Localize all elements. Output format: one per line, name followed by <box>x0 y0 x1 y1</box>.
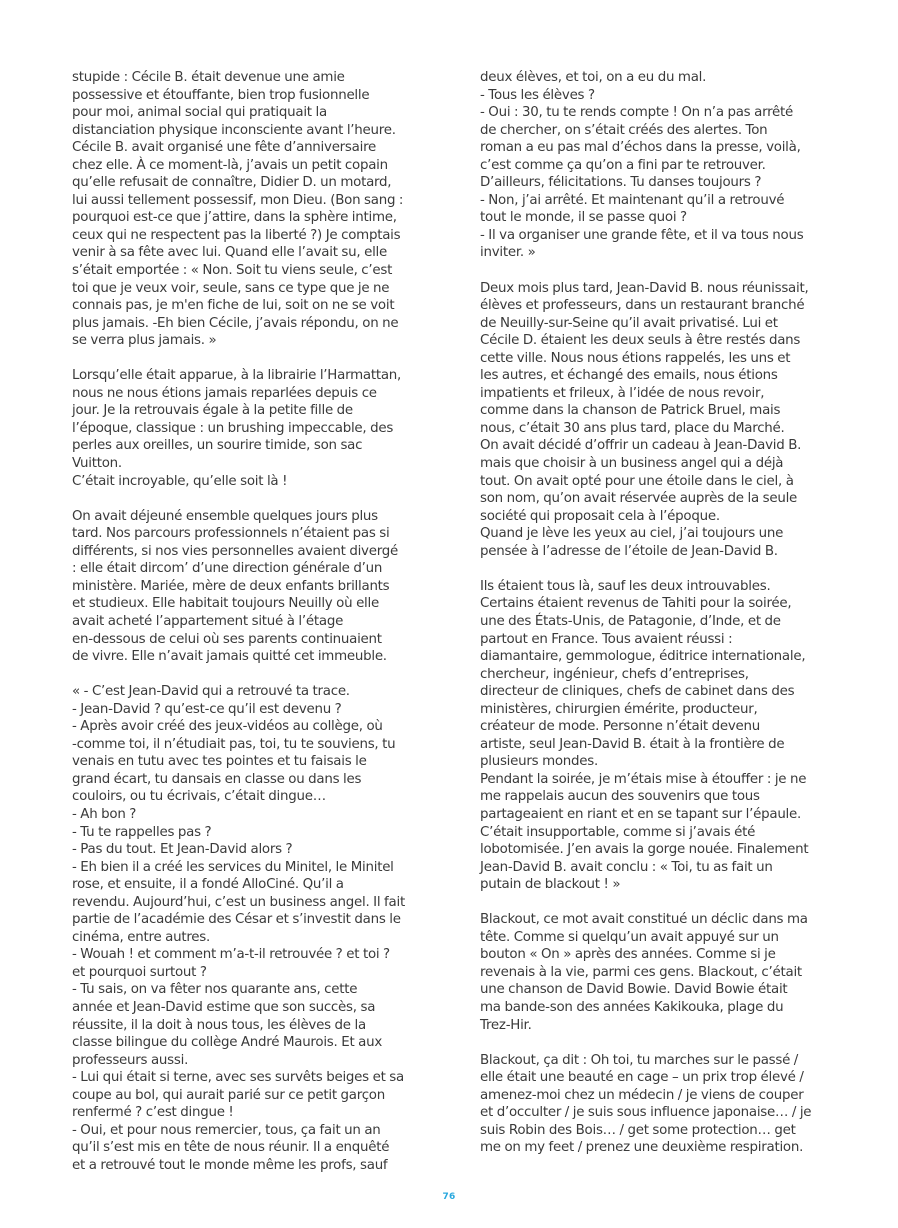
text-line: - Non, j’ai arrêté. Et maintenant qu’il … <box>480 192 832 210</box>
text-line: C’était incroyable, qu’elle soit là ! <box>72 473 424 491</box>
text-line: ministère. Mariée, mère de deux enfants … <box>72 578 424 596</box>
text-line: « - C’est Jean-David qui a retrouvé ta t… <box>72 683 424 701</box>
paragraph: Deux mois plus tard, Jean-David B. nous … <box>480 280 832 561</box>
text-line: élèves et professeurs, dans un restauran… <box>480 297 832 315</box>
text-line: Cécile B. avait organisé une fête d’anni… <box>72 139 424 157</box>
left-text-column: stupide : Cécile B. était devenue une am… <box>72 69 424 1192</box>
text-line: roman a eu pas mal d’échos dans la press… <box>480 139 832 157</box>
paragraph: On avait déjeuné ensemble quelques jours… <box>72 508 424 666</box>
text-line: toi que je veux voir, seule, sans ce typ… <box>72 280 424 298</box>
text-line: cinéma, entre autres. <box>72 929 424 947</box>
paragraph: deux élèves, et toi, on a eu du mal.- To… <box>480 69 832 262</box>
text-line: tout le monde, il se passe quoi ? <box>480 209 832 227</box>
text-line: impatients et frileux, à l’idée de nous … <box>480 385 832 403</box>
text-line: inviter. » <box>480 244 832 262</box>
text-line: tard. Nos parcours professionnels n’étai… <box>72 525 424 543</box>
text-line: - Après avoir créé des jeux-vidéos au co… <box>72 718 424 736</box>
text-line: de Neuilly-sur-Seine qu’il avait privati… <box>480 315 832 333</box>
text-line: C’était insupportable, comme si j’avais … <box>480 824 832 842</box>
text-line: On avait décidé d’offrir un cadeau à Jea… <box>480 437 832 455</box>
text-line: partageaient en riant et en se tapant su… <box>480 806 832 824</box>
text-line: bouton « On » après des années. Comme si… <box>480 946 832 964</box>
text-line: putain de blackout ! » <box>480 876 832 894</box>
text-line: créateur de mode. Personne n’était deven… <box>480 718 832 736</box>
text-line: perles aux oreilles, un sourire timide, … <box>72 437 424 455</box>
text-line: tête. Comme si quelqu’un avait appuyé su… <box>480 929 832 947</box>
text-line: ministères, chirurgien émérite, producte… <box>480 701 832 719</box>
text-line: - Oui : 30, tu te rends compte ! On n’a … <box>480 104 832 122</box>
text-line: s’était emportée : « Non. Soit tu viens … <box>72 262 424 280</box>
text-line: elle était une beauté en cage – un prix … <box>480 1069 832 1087</box>
text-line: et studieux. Elle habitait toujours Neui… <box>72 595 424 613</box>
text-line: se verra plus jamais. » <box>72 332 424 350</box>
text-line: stupide : Cécile B. était devenue une am… <box>72 69 424 87</box>
text-line: les autres, et échangé des emails, nous … <box>480 367 832 385</box>
text-line: amenez-moi chez un médecin / je viens de… <box>480 1087 832 1105</box>
text-line: et pourquoi surtout ? <box>72 964 424 982</box>
text-line: classe bilingue du collège André Maurois… <box>72 1034 424 1052</box>
text-line: cette ville. Nous nous étions rappelés, … <box>480 350 832 368</box>
text-line: professeurs aussi. <box>72 1052 424 1070</box>
text-line: revenais à la vie, parmi ces gens. Black… <box>480 964 832 982</box>
text-line: Blackout, ça dit : Oh toi, tu marches su… <box>480 1052 832 1070</box>
text-line: c’est comme ça qu’on a fini par te retro… <box>480 157 832 175</box>
text-line: en-dessous de celui où ses parents conti… <box>72 631 424 649</box>
text-line: l’époque, classique : un brushing impecc… <box>72 420 424 438</box>
text-line: année et Jean-David estime que son succè… <box>72 999 424 1017</box>
text-line: artiste, seul Jean-David B. était à la f… <box>480 736 832 754</box>
text-line: - Pas du tout. Et Jean-David alors ? <box>72 841 424 859</box>
text-line: - Tu sais, on va fêter nos quarante ans,… <box>72 981 424 999</box>
text-line: lui aussi tellement possessif, mon Dieu.… <box>72 192 424 210</box>
text-line: On avait déjeuné ensemble quelques jours… <box>72 508 424 526</box>
text-line: rose, et ensuite, il a fondé AlloCiné. Q… <box>72 876 424 894</box>
text-line: qu’il s’est mis en tête de nous réunir. … <box>72 1139 424 1157</box>
text-line: Jean-David B. avait conclu : « Toi, tu a… <box>480 859 832 877</box>
right-text-column: deux élèves, et toi, on a eu du mal.- To… <box>480 69 832 1174</box>
text-line: une des États-Unis, de Patagonie, d’Inde… <box>480 613 832 631</box>
text-line: couloirs, ou tu écrivais, c’était dingue… <box>72 788 424 806</box>
text-line: possessive et étouffante, bien trop fusi… <box>72 87 424 105</box>
text-line: directeur de cliniques, chefs de cabinet… <box>480 683 832 701</box>
text-line: partie de l’académie des César et s’inve… <box>72 911 424 929</box>
text-line: diamantaire, gemmologue, éditrice intern… <box>480 648 832 666</box>
text-line: et a retrouvé tout le monde même les pro… <box>72 1157 424 1175</box>
text-line: chercheur, ingénieur, chefs d’entreprise… <box>480 666 832 684</box>
text-line: jour. Je la retrouvais égale à la petite… <box>72 402 424 420</box>
text-line: grand écart, tu dansais en classe ou dan… <box>72 771 424 789</box>
text-line: Deux mois plus tard, Jean-David B. nous … <box>480 280 832 298</box>
text-line: partout en France. Tous avaient réussi : <box>480 631 832 649</box>
text-line: nous, c’était 30 ans plus tard, place du… <box>480 420 832 438</box>
text-line: Ils étaient tous là, sauf les deux intro… <box>480 578 832 596</box>
text-line: de vivre. Elle n’avait jamais quitté cet… <box>72 648 424 666</box>
text-line: - Eh bien il a créé les services du Mini… <box>72 859 424 877</box>
text-line: - Tous les élèves ? <box>480 87 832 105</box>
text-line: distanciation physique inconsciente avan… <box>72 122 424 140</box>
text-line: plusieurs mondes. <box>480 753 832 771</box>
text-line: connais pas, je m'en fiche de lui, soit … <box>72 297 424 315</box>
text-line: - Jean-David ? qu’est-ce qu’il est deven… <box>72 701 424 719</box>
text-line: nous ne nous étions jamais reparlées dep… <box>72 385 424 403</box>
text-line: venais en tutu avec tes pointes et tu fa… <box>72 753 424 771</box>
text-line: comme dans la chanson de Patrick Bruel, … <box>480 402 832 420</box>
paragraph: Ils étaient tous là, sauf les deux intro… <box>480 578 832 894</box>
page-number: 76 <box>0 1192 898 1202</box>
text-line: ceux qui ne respectent pas la liberté ?)… <box>72 227 424 245</box>
text-line: - Wouah ! et comment m’a-t-il retrouvée … <box>72 946 424 964</box>
text-line: réussite, il la doit à nous tous, les él… <box>72 1017 424 1035</box>
text-line: de chercher, on s’était créés des alerte… <box>480 122 832 140</box>
text-line: venir à sa fête avec lui. Quand elle l’a… <box>72 244 424 262</box>
text-line: lobotomisée. J’en avais la gorge nouée. … <box>480 841 832 859</box>
text-line: différents, si nos vies personnelles ava… <box>72 543 424 561</box>
text-line: revendu. Aujourd’hui, c’est un business … <box>72 894 424 912</box>
text-line: pour moi, animal social qui pratiquait l… <box>72 104 424 122</box>
text-line: - Tu te rappelles pas ? <box>72 824 424 842</box>
text-line: - Oui, et pour nous remercier, tous, ça … <box>72 1122 424 1140</box>
text-line: mais que choisir à un business angel qui… <box>480 455 832 473</box>
text-line: son nom, qu’on avait réservée auprès de … <box>480 490 832 508</box>
text-line: me rappelais aucun des souvenirs que tou… <box>480 788 832 806</box>
paragraph: stupide : Cécile B. était devenue une am… <box>72 69 424 350</box>
paragraph: Lorsqu’elle était apparue, à la librairi… <box>72 367 424 490</box>
text-line: me on my feet / prenez une deuxième resp… <box>480 1139 832 1157</box>
text-line: pourquoi est-ce que j’attire, dans la sp… <box>72 209 424 227</box>
text-line: plus jamais. -Eh bien Cécile, j’avais ré… <box>72 315 424 333</box>
text-line: une chanson de David Bowie. David Bowie … <box>480 981 832 999</box>
text-line: Lorsqu’elle était apparue, à la librairi… <box>72 367 424 385</box>
text-line: - Ah bon ? <box>72 806 424 824</box>
text-line: renfermé ? c’est dingue ! <box>72 1104 424 1122</box>
text-line: : elle était dircom’ d’une direction gén… <box>72 560 424 578</box>
text-line: Pendant la soirée, je m’étais mise à éto… <box>480 771 832 789</box>
text-line: deux élèves, et toi, on a eu du mal. <box>480 69 832 87</box>
text-line: société qui proposait cela à l’époque. <box>480 508 832 526</box>
text-line: pensée à l’adresse de l’étoile de Jean-D… <box>480 543 832 561</box>
paragraph: « - C’est Jean-David qui a retrouvé ta t… <box>72 683 424 1174</box>
text-line: Trez-Hir. <box>480 1017 832 1035</box>
text-line: qu’elle refusait de connaître, Didier D.… <box>72 174 424 192</box>
text-line: D’ailleurs, félicitations. Tu danses tou… <box>480 174 832 192</box>
text-line: et d’occulter / je suis sous influence j… <box>480 1104 832 1122</box>
paragraph: Blackout, ce mot avait constitué un décl… <box>480 911 832 1034</box>
text-line: chez elle. À ce moment-là, j’avais un pe… <box>72 157 424 175</box>
text-line: coupe au bol, qui aurait parié sur ce pe… <box>72 1087 424 1105</box>
text-line: Quand je lève les yeux au ciel, j’ai tou… <box>480 525 832 543</box>
text-line: suis Robin des Bois… / get some protecti… <box>480 1122 832 1140</box>
text-line: Vuitton. <box>72 455 424 473</box>
text-line: Blackout, ce mot avait constitué un décl… <box>480 911 832 929</box>
paragraph: Blackout, ça dit : Oh toi, tu marches su… <box>480 1052 832 1157</box>
text-line: - Il va organiser une grande fête, et il… <box>480 227 832 245</box>
text-line: avait acheté l’appartement situé à l’éta… <box>72 613 424 631</box>
text-line: Certains étaient revenus de Tahiti pour … <box>480 595 832 613</box>
document-page: stupide : Cécile B. était devenue une am… <box>0 0 898 1228</box>
text-line: - Lui qui était si terne, avec ses survê… <box>72 1069 424 1087</box>
text-line: Cécile D. étaient les deux seuls à être … <box>480 332 832 350</box>
text-line: ma bande-son des années Kakikouka, plage… <box>480 999 832 1017</box>
text-line: -comme toi, il n’étudiait pas, toi, tu t… <box>72 736 424 754</box>
text-line: tout. On avait opté pour une étoile dans… <box>480 473 832 491</box>
